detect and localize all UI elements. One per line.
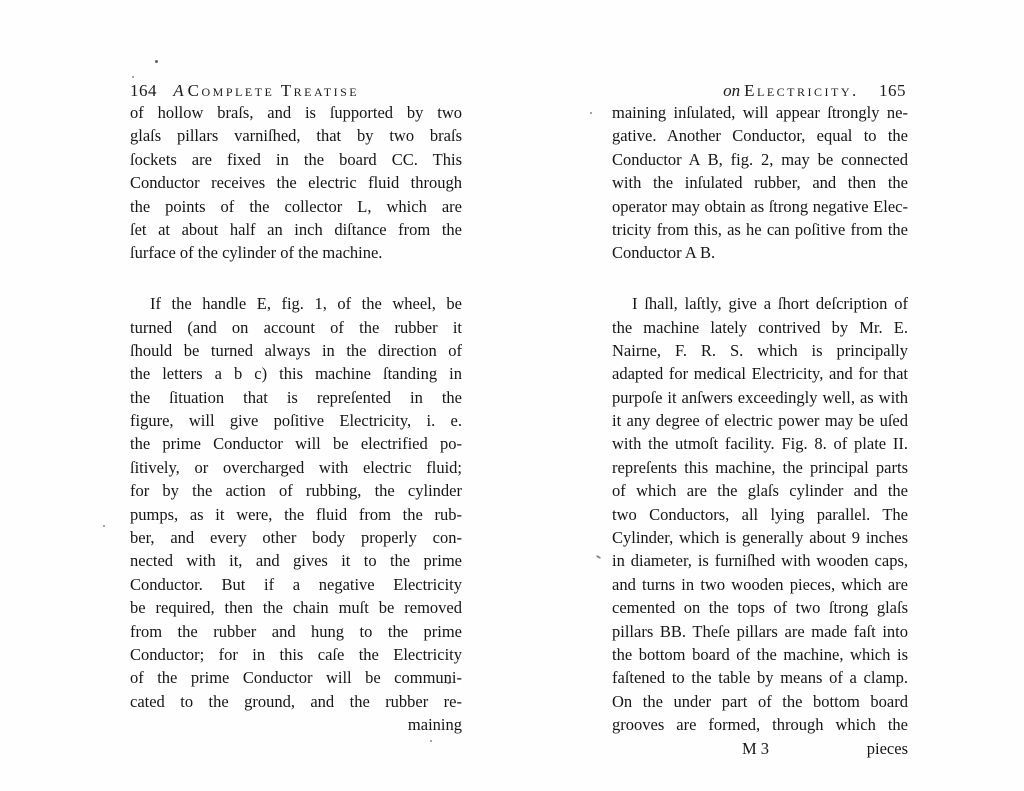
scan-speck (155, 60, 158, 63)
catchword: maining (408, 713, 462, 736)
running-head-title: AComplete Treatise (173, 81, 359, 100)
text-line: Conductor. But if a negative Electricity (130, 573, 462, 596)
text-line: Conductor A B. (612, 241, 908, 264)
paragraph-gap (130, 265, 462, 288)
text-line: If the handle E, fig. 1, of the wheel, b… (130, 292, 462, 315)
text-line: turned (and on account of the rubber it (130, 316, 462, 339)
text-line: in diameter, is furniſhed with wooden ca… (612, 549, 908, 572)
text-line: ber, and every other body properly con- (130, 526, 462, 549)
text-line: On the under part of the bottom board (612, 690, 908, 713)
right-page: onElectricity. 165 maining inſulated, wi… (512, 0, 1024, 791)
text-line: pillars BB. Theſe pillars are made faſt … (612, 620, 908, 643)
text-line: Conductor; for in this caſe the Electric… (130, 643, 462, 666)
page-number: 165 (879, 81, 906, 100)
text-line: cated to the ground, and the rubber re- (130, 690, 462, 713)
text-line: Conductor A B, fig. 2, may be connected (612, 148, 908, 171)
text-line: repreſents this machine, the principal p… (612, 456, 908, 479)
text-line: two Conductors, all lying parallel. The (612, 503, 908, 526)
text-line: cemented on the tops of two ſtrong glaſs (612, 596, 908, 619)
text-line: of which are the glaſs cylinder and the (612, 479, 908, 502)
running-head-title: onElectricity. (723, 81, 859, 100)
text-line: and turns in two wooden pieces, which ar… (612, 573, 908, 596)
text-line: of the prime Conductor will be communi- (130, 666, 462, 689)
text-line: the machine lately contrived by Mr. E. (612, 316, 908, 339)
text-line: grooves are formed, through which the (612, 713, 908, 736)
book-spread: 164 AComplete Treatise of hollow braſs, … (0, 0, 1024, 791)
text-line: ſhould be turned always in the direction… (130, 339, 462, 362)
text-line: ſurface of the cylinder of the machine. (130, 241, 462, 264)
text-line: it any degree of electric power may be u… (612, 409, 908, 432)
text-line: nected with it, and gives it to the prim… (130, 549, 462, 572)
text-line: the bottom board of the machine, which i… (612, 643, 908, 666)
text-line: maining inſulated, will appear ſtrongly … (612, 101, 908, 124)
left-page-body: of hollow braſs, and is ſupported by two… (130, 101, 462, 737)
text-line: glaſs pillars varniſhed, that by two bra… (130, 124, 462, 147)
left-running-head: 164 AComplete Treatise (130, 80, 462, 102)
catchword-line: maining (130, 713, 462, 736)
text-line: figure, will give poſitive Electricity, … (130, 409, 462, 432)
signature-line: M 3 pieces (612, 737, 908, 760)
text-line: ſitively, or overcharged with electric f… (130, 456, 462, 479)
paragraph-gap (612, 265, 908, 288)
text-line: of hollow braſs, and is ſupported by two (130, 101, 462, 124)
scan-speck (447, 682, 450, 684)
right-running-head: onElectricity. 165 (612, 80, 906, 102)
text-line: I ſhall, laſtly, give a ſhort deſcriptio… (612, 292, 908, 315)
right-page-body: maining inſulated, will appear ſtrongly … (612, 101, 908, 760)
text-line: Nairne, F. R. S. which is principally (612, 339, 908, 362)
scan-speck (132, 76, 134, 78)
text-line: with the inſulated rubber, and then the (612, 171, 908, 194)
text-line: from the rubber and hung to the prime (130, 620, 462, 643)
page-number: 164 (130, 81, 157, 100)
text-line: purpoſe it anſwers exceedingly well, as … (612, 386, 908, 409)
scan-speck (103, 525, 105, 527)
text-line: tricity from this, as he can poſitive fr… (612, 218, 908, 241)
text-line: ſet at about half an inch diſtance from … (130, 218, 462, 241)
text-line: gative. Another Conductor, equal to the (612, 124, 908, 147)
text-line: ſockets are fixed in the board CC. This (130, 148, 462, 171)
text-line: Cylinder, which is generally about 9 inc… (612, 526, 908, 549)
text-line: the points of the collector L, which are (130, 195, 462, 218)
text-line: with the utmoſt facility. Fig. 8. of pla… (612, 432, 908, 455)
text-line: the prime Conductor will be electrified … (130, 432, 462, 455)
text-line: Conductor receives the electric fluid th… (130, 171, 462, 194)
scan-speck (400, 630, 402, 632)
text-line: operator may obtain as ſtrong negative E… (612, 195, 908, 218)
text-line: adapted for medical Electricity, and for… (612, 362, 908, 385)
left-page: 164 AComplete Treatise of hollow braſs, … (0, 0, 512, 791)
signature-mark: M 3 (742, 737, 769, 760)
catchword: pieces (867, 737, 908, 760)
scan-speck (590, 112, 592, 114)
text-line: be required, then the chain muſt be remo… (130, 596, 462, 619)
text-line: the letters a b c) this machine ſtanding… (130, 362, 462, 385)
text-line: pumps, as it were, the fluid from the ru… (130, 503, 462, 526)
text-line: the ſituation that is repreſented in the (130, 386, 462, 409)
text-line: for by the action of rubbing, the cylind… (130, 479, 462, 502)
text-line: faſtened to the table by means of a clam… (612, 666, 908, 689)
scan-speck (430, 740, 432, 742)
